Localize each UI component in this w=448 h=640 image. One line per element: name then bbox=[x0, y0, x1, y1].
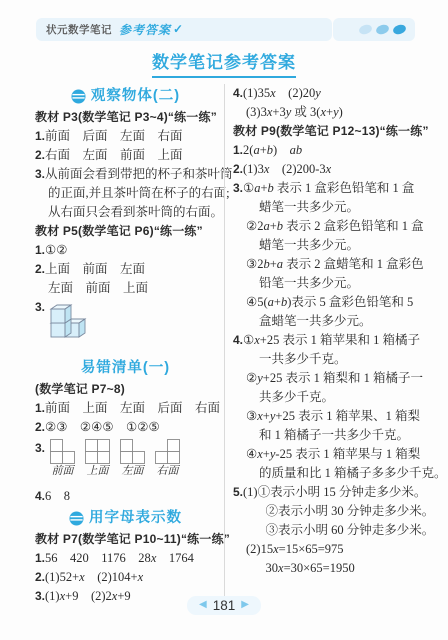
dot bbox=[358, 23, 373, 36]
answer-line: 和 1 箱橘子一共多少千克。 bbox=[233, 426, 426, 445]
page-footer: ◀ 181 ▶ bbox=[0, 594, 448, 615]
view-label: 右面 bbox=[157, 465, 179, 478]
answer-line: ④x+y-25 表示 1 箱苹果与 1 箱梨 bbox=[233, 445, 426, 464]
answer-line: 蜡笔一共多少元。 bbox=[233, 236, 426, 255]
answer-line: 共多少千克。 bbox=[233, 388, 426, 407]
column-left: 观察物体(二)教材 P3(数学笔记 P3~4)“练一练”1.前面 后面 左面 右… bbox=[20, 84, 224, 606]
answer-line: 1.①② bbox=[35, 241, 216, 260]
answer-line: 1.56 420 1176 28x 1764 bbox=[35, 549, 216, 568]
answer-line: ②2a+b 表示 2 盒彩色铅笔和 1 盒 bbox=[233, 217, 426, 236]
page-nav: ◀ 181 ▶ bbox=[187, 596, 261, 615]
answer-line: 2.(1)3x (2)200-3x bbox=[233, 160, 426, 179]
source-line: 教材 P7(数学笔记 P10~11)“练一练” bbox=[35, 530, 216, 549]
answer-line: 3.①a+b 表示 1 盒彩色铅笔和 1 盒 bbox=[233, 179, 426, 198]
cubes-drawing bbox=[49, 298, 93, 344]
answer-line: ④5(a+b)表示 5 盒彩色铅笔和 5 bbox=[233, 293, 426, 312]
answer-line: ③2b+a 表示 2 盒蜡笔和 1 盒彩色 bbox=[233, 255, 426, 274]
answer-line: 从右面只会看到茶叶筒的右面。 bbox=[35, 203, 216, 222]
answer-line: 4.6 8 bbox=[35, 487, 216, 506]
answer-line: 蜡笔一共多少元。 bbox=[233, 198, 426, 217]
source-line: 教材 P3(数学笔记 P3~4)“练一练” bbox=[35, 108, 216, 127]
answer-line: 4.①x+25 表示 1 箱苹果和 1 箱橘子 bbox=[233, 331, 426, 350]
page-title: 数学笔记参考答案 bbox=[152, 48, 296, 78]
answer-line: 的正面,并且茶叶筒在杯子的右面; bbox=[35, 184, 216, 203]
answer-line: 4.(1)35x (2)20y bbox=[233, 84, 426, 103]
answer-line: 2.(1)52+x (2)104+x bbox=[35, 568, 216, 587]
answer-line: 一共多少千克。 bbox=[233, 350, 426, 369]
answer-line: 左面 前面 上面 bbox=[35, 279, 216, 298]
answer-line: 铅笔一共多少元。 bbox=[233, 274, 426, 293]
answers-label: 参考答案 bbox=[119, 21, 171, 38]
workbook-answer-page: { "accent_color": "#2fa9de", "header": {… bbox=[0, 0, 448, 640]
view-grid bbox=[50, 439, 75, 464]
answer-line: 盒蜡笔一共多少元。 bbox=[233, 312, 426, 331]
check-icon: ✓ bbox=[173, 22, 183, 37]
section-heading: 用字母表示数 bbox=[35, 508, 216, 528]
answer-line: 2.②③ ②④⑤ ①②⑤ bbox=[35, 418, 216, 437]
answer-line: ③x+y+25 表示 1 箱苹果、1 箱梨 bbox=[233, 407, 426, 426]
answer-line: 的质量和比 1 箱橘子多多少千克。 bbox=[233, 464, 426, 483]
dot bbox=[375, 23, 390, 36]
brand-label: 状元数学笔记 bbox=[46, 22, 112, 37]
source-line: (数学笔记 P7~8) bbox=[35, 380, 216, 399]
answer-line: 3.从前面会看到带把的杯子和茶叶筒 bbox=[35, 165, 216, 184]
answer-line: (3)3x+3y 或 3(x+y) bbox=[233, 103, 426, 122]
answer-line: 2.上面 前面 左面 bbox=[35, 260, 216, 279]
next-arrow-icon: ▶ bbox=[241, 598, 249, 612]
answer-line: 1.前面 上面 左面 后面 右面 bbox=[35, 399, 216, 418]
views-figure: 3.前面上面左面右面 bbox=[35, 439, 216, 487]
header-badge: 状元数学笔记 参考答案 ✓ bbox=[36, 18, 332, 41]
view-grid bbox=[155, 439, 180, 464]
view-grid bbox=[85, 439, 110, 464]
cubes-figure: 3. bbox=[35, 298, 216, 356]
view-label: 上面 bbox=[87, 465, 109, 478]
answer-line: ③表示小明 60 分钟走多少米。 bbox=[233, 521, 426, 540]
notebook-icon bbox=[69, 511, 84, 526]
prev-arrow-icon: ◀ bbox=[199, 598, 207, 612]
answer-line: 5.(1)①表示小明 15 分钟走多少米。 bbox=[233, 483, 426, 502]
title-area: 数学笔记参考答案 bbox=[0, 48, 448, 78]
notebook-icon bbox=[71, 89, 86, 104]
section-heading: 易错清单(一) bbox=[35, 358, 216, 378]
source-line: 教材 P9(数学笔记 P12~13)“练一练” bbox=[233, 122, 426, 141]
view-label: 左面 bbox=[122, 465, 144, 478]
dots-icon bbox=[333, 18, 415, 41]
view-grid bbox=[120, 439, 145, 464]
section-heading: 观察物体(二) bbox=[35, 86, 216, 106]
answer-line: 30x=30×65=1950 bbox=[233, 559, 426, 578]
content-columns: 观察物体(二)教材 P3(数学笔记 P3~4)“练一练”1.前面 后面 左面 右… bbox=[20, 84, 428, 606]
answer-line: (2)15x=15×65=975 bbox=[233, 540, 426, 559]
answer-line: 1.前面 后面 左面 右面 bbox=[35, 127, 216, 146]
answer-line: 1.2(a+b) ab bbox=[233, 141, 426, 160]
view-label: 前面 bbox=[52, 465, 74, 478]
answer-line: ②y+25 表示 1 箱梨和 1 箱橘子一 bbox=[233, 369, 426, 388]
answer-line: 2.右面 左面 前面 上面 bbox=[35, 146, 216, 165]
page-number: 181 bbox=[213, 598, 236, 613]
answer-line: ②表示小明 30 分钟走多少米。 bbox=[233, 502, 426, 521]
page-header: 状元数学笔记 参考答案 ✓ bbox=[0, 18, 448, 42]
source-line: 教材 P5(数学笔记 P6)“练一练” bbox=[35, 222, 216, 241]
dot bbox=[392, 23, 407, 36]
column-right: 4.(1)35x (2)20y(3)3x+3y 或 3(x+y)教材 P9(数学… bbox=[224, 84, 428, 606]
